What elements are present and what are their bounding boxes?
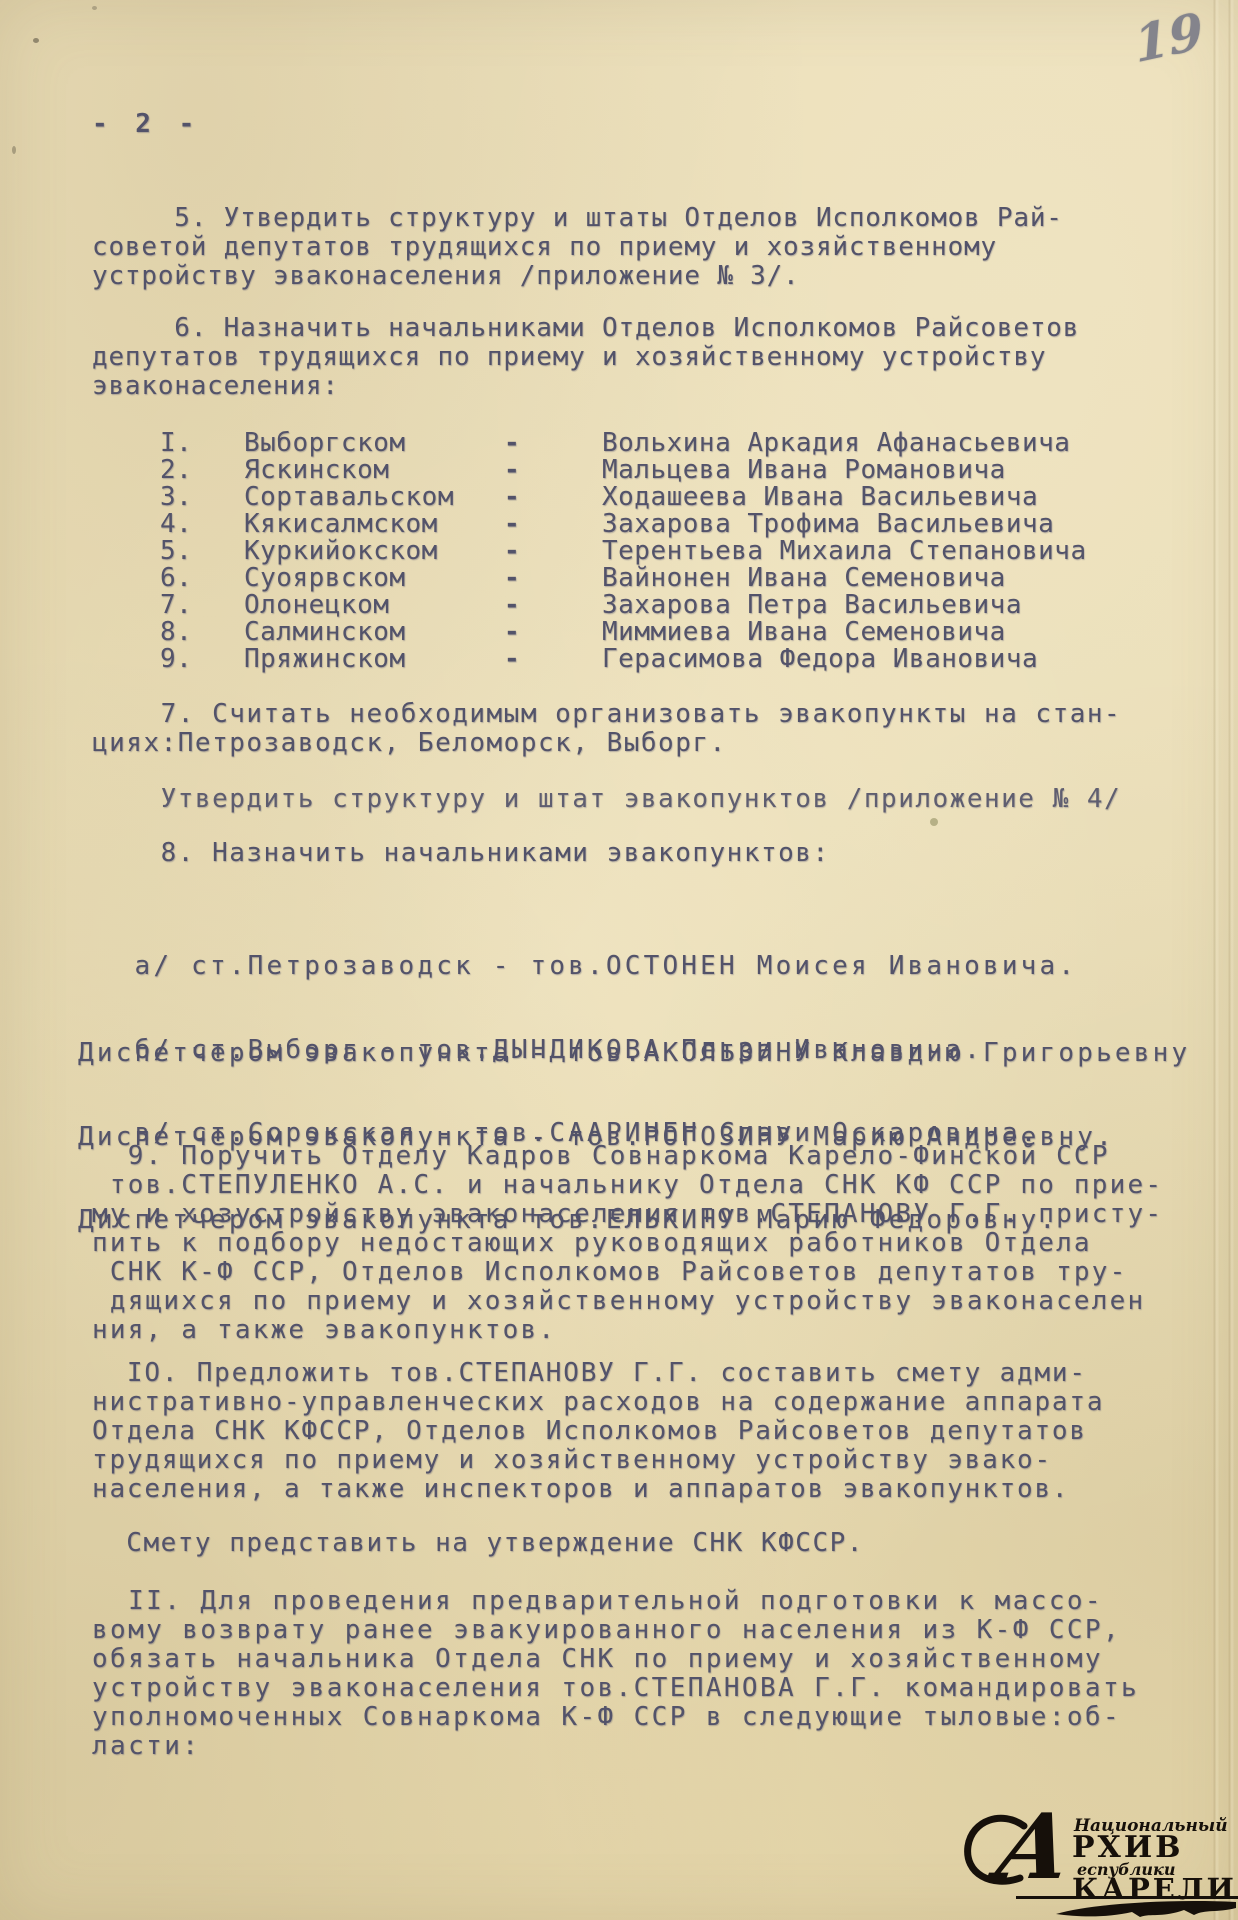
page-number-header: - 2 - [92, 110, 200, 139]
appointment-name: Захарова Трофима Васильевича [602, 511, 1087, 538]
appointment-name: Миммиева Ивана Семеновича [602, 619, 1087, 646]
appointment-row: 2. Яскинском - Мальцева Ивана Романовича [92, 457, 1087, 484]
archive-logo-letter: А [990, 1802, 1079, 1892]
appointment-row: 6. Суоярвском - Вайнонен Ивана Семенович… [92, 565, 1087, 592]
appointment-number: 8. [160, 619, 244, 646]
appointment-row: 4. Кякисалмском - Захарова Трофима Васил… [92, 511, 1087, 538]
appointment-name: Герасимова Федора Ивановича [602, 646, 1087, 673]
appointment-number: 3. [160, 484, 244, 511]
appointment-dash: - [504, 619, 602, 646]
appointment-district: Олонецком [244, 592, 504, 619]
paragraph-10: IО. Предложить тов.СТЕПАНОВУ Г.Г. состав… [92, 1359, 1104, 1504]
appointment-district: Яскинском [244, 457, 504, 484]
appointment-number: 9. [160, 646, 244, 673]
appointment-dash: - [504, 538, 602, 565]
appointment-name: Захарова Петра Васильевича [602, 592, 1087, 619]
appointment-row: 7. Олонецком - Захарова Петра Васильевич… [92, 592, 1087, 619]
appointment-dash: - [504, 457, 602, 484]
archive-watermark: А Национальный РХИВ еспублики КАРЕЛИЯ [962, 1802, 1238, 1920]
appointment-district: Кякисалмском [244, 511, 504, 538]
appointment-district: Куркийокском [244, 538, 504, 565]
paragraph-11: II. Для проведения предварительной подго… [92, 1587, 1139, 1761]
appointment-row: 5. Куркийокском - Терентьева Михаила Сте… [92, 538, 1087, 565]
appointment-dash: - [504, 484, 602, 511]
appointment-district: Салминском [244, 619, 504, 646]
appointment-number: 5. [160, 538, 244, 565]
appointment-name: Терентьева Михаила Степановича [602, 538, 1087, 565]
typewritten-text-layer: - 2 - 5. Утвердить структуру и штаты Отд… [0, 0, 1238, 1920]
estimate-line: Смету представить на утверждение СНК КФС… [92, 1529, 864, 1558]
paragraph-7: 7. Считать необходимым организовать эвак… [92, 700, 1121, 758]
appointment-name: Вайнонен Ивана Семеновича [602, 565, 1087, 592]
appointment-name: Ходашеева Ивана Васильевича [602, 484, 1087, 511]
appointment-name: Мальцева Ивана Романовича [602, 457, 1087, 484]
feather-icon [1054, 1899, 1238, 1920]
appointment-row: I. Выборгском - Вольхина Аркадия Афанась… [92, 430, 1087, 457]
scanned-document-page: 19 - 2 - 5. Утвердить структуру и штаты … [0, 0, 1238, 1920]
appointment-number: 4. [160, 511, 244, 538]
appointment-row: 8. Салминском - Миммиева Ивана Семенович… [92, 619, 1087, 646]
appointment-district: Выборгском [244, 430, 504, 457]
appointment-dash: - [504, 646, 602, 673]
appointment-number: 2. [160, 457, 244, 484]
appointment-name: Вольхина Аркадия Афанасьевича [602, 430, 1087, 457]
appointment-number: 6. [160, 565, 244, 592]
appointment-row: 3. Сортавальском - Ходашеева Ивана Васил… [92, 484, 1087, 511]
approve-structure-line: Утвердить структуру и штат эвакопунктов … [92, 785, 1121, 814]
appointment-district: Сортавальском [244, 484, 504, 511]
appointment-number: I. [160, 430, 244, 457]
appointment-dash: - [504, 511, 602, 538]
appointment-district: Пряжинском [244, 646, 504, 673]
paragraph-6: 6. Назначить начальниками Отделов Исполк… [92, 314, 1079, 401]
appointment-dash: - [504, 565, 602, 592]
appointment-dash: - [504, 430, 602, 457]
appointment-number: 7. [160, 592, 244, 619]
evac-point-line: а/ ст.Петрозаводск - тов.ОСТОНЕН Моисея … [78, 952, 1190, 981]
appointment-district: Суоярвском [244, 565, 504, 592]
paragraph-5: 5. Утвердить структуру и штаты Отделов И… [92, 204, 1063, 291]
appointment-dash: - [504, 592, 602, 619]
appointments-list: I. Выборгском - Вольхина Аркадия Афанась… [92, 430, 1087, 673]
paragraph-8: 8. Назначить начальниками эвакопунктов: [92, 839, 830, 868]
appointment-row: 9. Пряжинском - Герасимова Федора Иванов… [92, 646, 1087, 673]
paragraph-9: 9. Поручить Отделу Кадров Совнаркома Кар… [92, 1142, 1163, 1345]
